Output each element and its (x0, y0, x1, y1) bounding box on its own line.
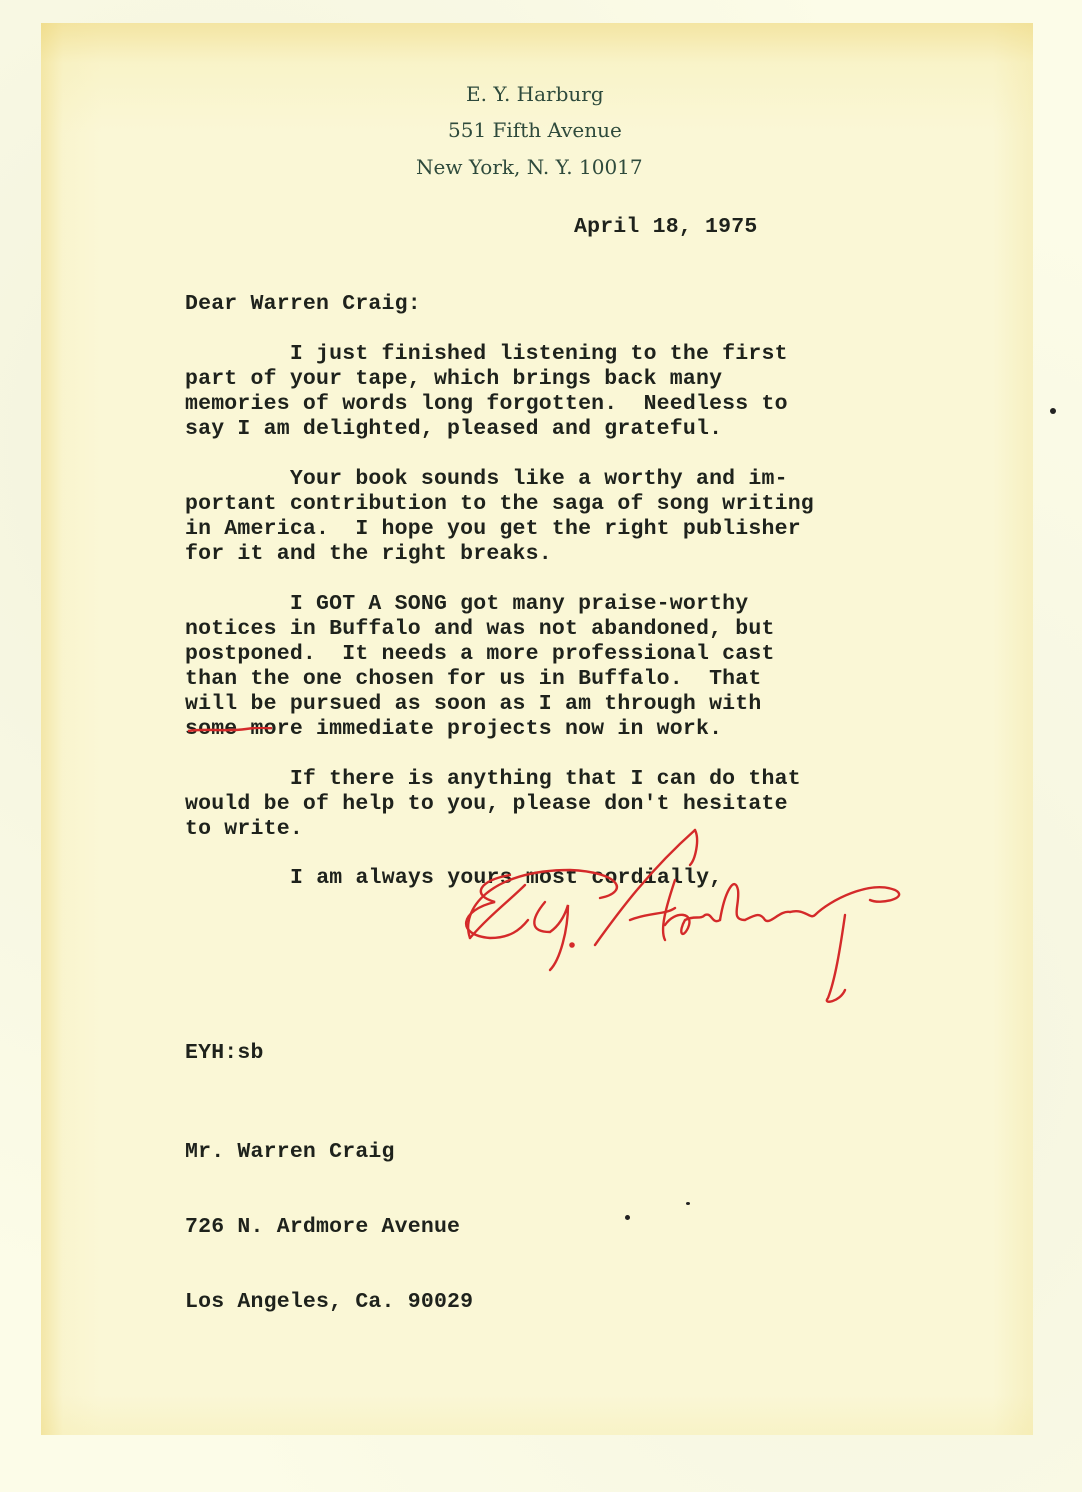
paragraph-3: I GOT A SONG got many praise-worthy noti… (185, 592, 775, 742)
paragraph-2: Your book sounds like a worthy and im- p… (185, 467, 814, 567)
paragraph-1: I just finished listening to the first p… (185, 342, 788, 442)
handwritten-signature (450, 820, 920, 1010)
letterhead-name: E. Y. Harburg (440, 82, 666, 106)
letterhead-city: New York, N. Y. 10017 (416, 155, 676, 179)
ink-speck (1050, 408, 1056, 414)
recipient-street: 726 N. Ardmore Avenue (185, 1215, 473, 1240)
red-strikethrough-mark (186, 727, 274, 733)
reference-initials: EYH:sb (185, 1041, 264, 1066)
letter-date: April 18, 1975 (574, 215, 757, 240)
letterhead-street: 551 Fifth Avenue (440, 118, 668, 142)
salutation: Dear Warren Craig: (185, 292, 421, 317)
recipient-address: Mr. Warren Craig 726 N. Ardmore Avenue L… (185, 1090, 473, 1340)
ink-speck (686, 1202, 690, 1205)
recipient-name: Mr. Warren Craig (185, 1140, 473, 1165)
recipient-city: Los Angeles, Ca. 90029 (185, 1290, 473, 1315)
ink-speck (625, 1215, 630, 1220)
